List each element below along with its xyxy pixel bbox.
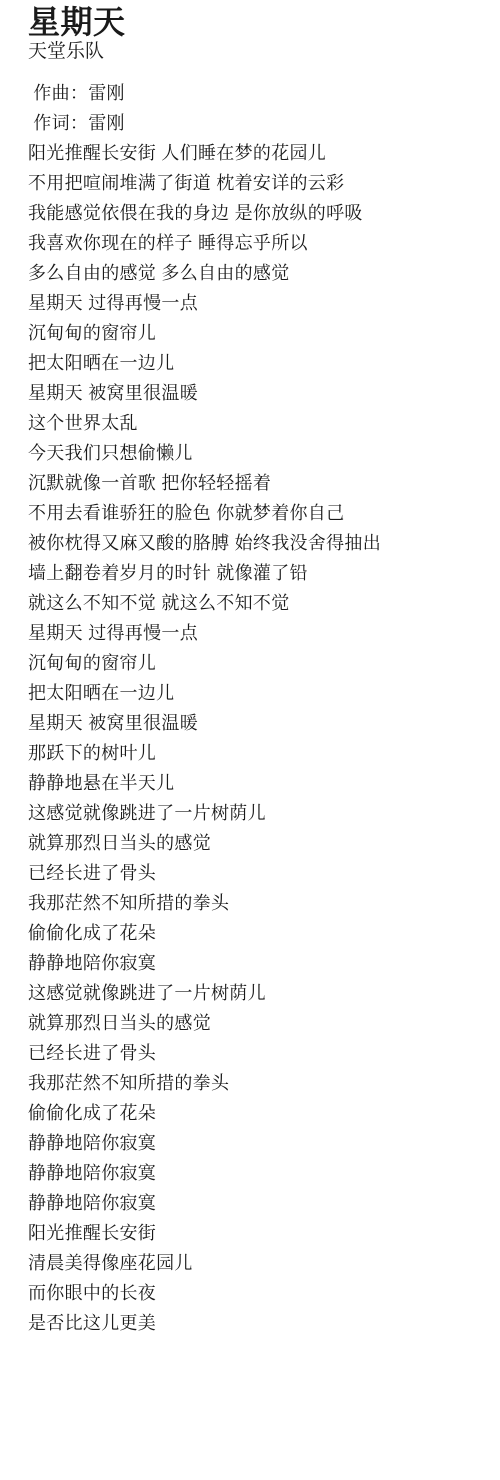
lyric-line: 静静地陪你寂寞 (28, 948, 480, 978)
lyric-line: 那跃下的树叶儿 (28, 738, 480, 768)
lyric-line: 我能感觉依偎在我的身边 是你放纵的呼吸 (28, 198, 480, 228)
lyric-line: 沉默就像一首歌 把你轻轻摇着 (28, 468, 480, 498)
lyric-line: 我那茫然不知所措的拳头 (28, 1068, 480, 1098)
lyric-line: 把太阳晒在一边儿 (28, 678, 480, 708)
lyric-line: 就这么不知不觉 就这么不知不觉 (28, 588, 480, 618)
credit-line: 作词：雷刚 (28, 108, 480, 138)
lyric-line: 就算那烈日当头的感觉 (28, 1008, 480, 1038)
lyric-line: 静静地悬在半天儿 (28, 768, 480, 798)
lyric-line: 我喜欢你现在的样子 睡得忘乎所以 (28, 228, 480, 258)
lyric-line: 被你枕得又麻又酸的胳膊 始终我没舍得抽出 (28, 528, 480, 558)
lyric-line: 多么自由的感觉 多么自由的感觉 (28, 258, 480, 288)
lyric-line: 静静地陪你寂寞 (28, 1188, 480, 1218)
lyrics-page: 星期天 天堂乐队 作曲：雷刚 作词：雷刚阳光推醒长安街 人们睡在梦的花园儿不用把… (0, 0, 500, 1338)
lyric-line: 阳光推醒长安街 (28, 1218, 480, 1248)
lyric-line: 沉甸甸的窗帘儿 (28, 648, 480, 678)
lyric-line: 静静地陪你寂寞 (28, 1158, 480, 1188)
lyric-line: 星期天 过得再慢一点 (28, 618, 480, 648)
lyric-line: 不用去看谁骄狂的脸色 你就梦着你自己 (28, 498, 480, 528)
lyric-line: 墙上翻卷着岁月的时针 就像灌了铅 (28, 558, 480, 588)
lyric-line: 不用把喧闹堆满了街道 枕着安详的云彩 (28, 168, 480, 198)
artist-name: 天堂乐队 (28, 40, 480, 64)
lyric-line: 这感觉就像跳进了一片树荫儿 (28, 798, 480, 828)
lyric-line: 我那茫然不知所措的拳头 (28, 888, 480, 918)
lyric-line: 而你眼中的长夜 (28, 1278, 480, 1308)
lyric-line: 今天我们只想偷懒儿 (28, 438, 480, 468)
lyric-line: 清晨美得像座花园儿 (28, 1248, 480, 1278)
lyric-line: 把太阳晒在一边儿 (28, 348, 480, 378)
credit-line: 作曲：雷刚 (28, 78, 480, 108)
lyrics-body: 作曲：雷刚 作词：雷刚阳光推醒长安街 人们睡在梦的花园儿不用把喧闹堆满了街道 枕… (28, 78, 480, 1338)
lyric-line: 偷偷化成了花朵 (28, 918, 480, 948)
lyric-line: 是否比这儿更美 (28, 1308, 480, 1338)
lyric-line: 静静地陪你寂寞 (28, 1128, 480, 1158)
lyric-line: 偷偷化成了花朵 (28, 1098, 480, 1128)
lyric-line: 这感觉就像跳进了一片树荫儿 (28, 978, 480, 1008)
lyric-line: 阳光推醒长安街 人们睡在梦的花园儿 (28, 138, 480, 168)
lyric-line: 沉甸甸的窗帘儿 (28, 318, 480, 348)
lyric-line: 就算那烈日当头的感觉 (28, 828, 480, 858)
lyric-line: 星期天 过得再慢一点 (28, 288, 480, 318)
lyric-line: 已经长进了骨头 (28, 858, 480, 888)
lyric-line: 星期天 被窝里很温暖 (28, 378, 480, 408)
lyric-line: 已经长进了骨头 (28, 1038, 480, 1068)
lyric-line: 星期天 被窝里很温暖 (28, 708, 480, 738)
song-title: 星期天 (28, 4, 480, 40)
lyric-line: 这个世界太乱 (28, 408, 480, 438)
